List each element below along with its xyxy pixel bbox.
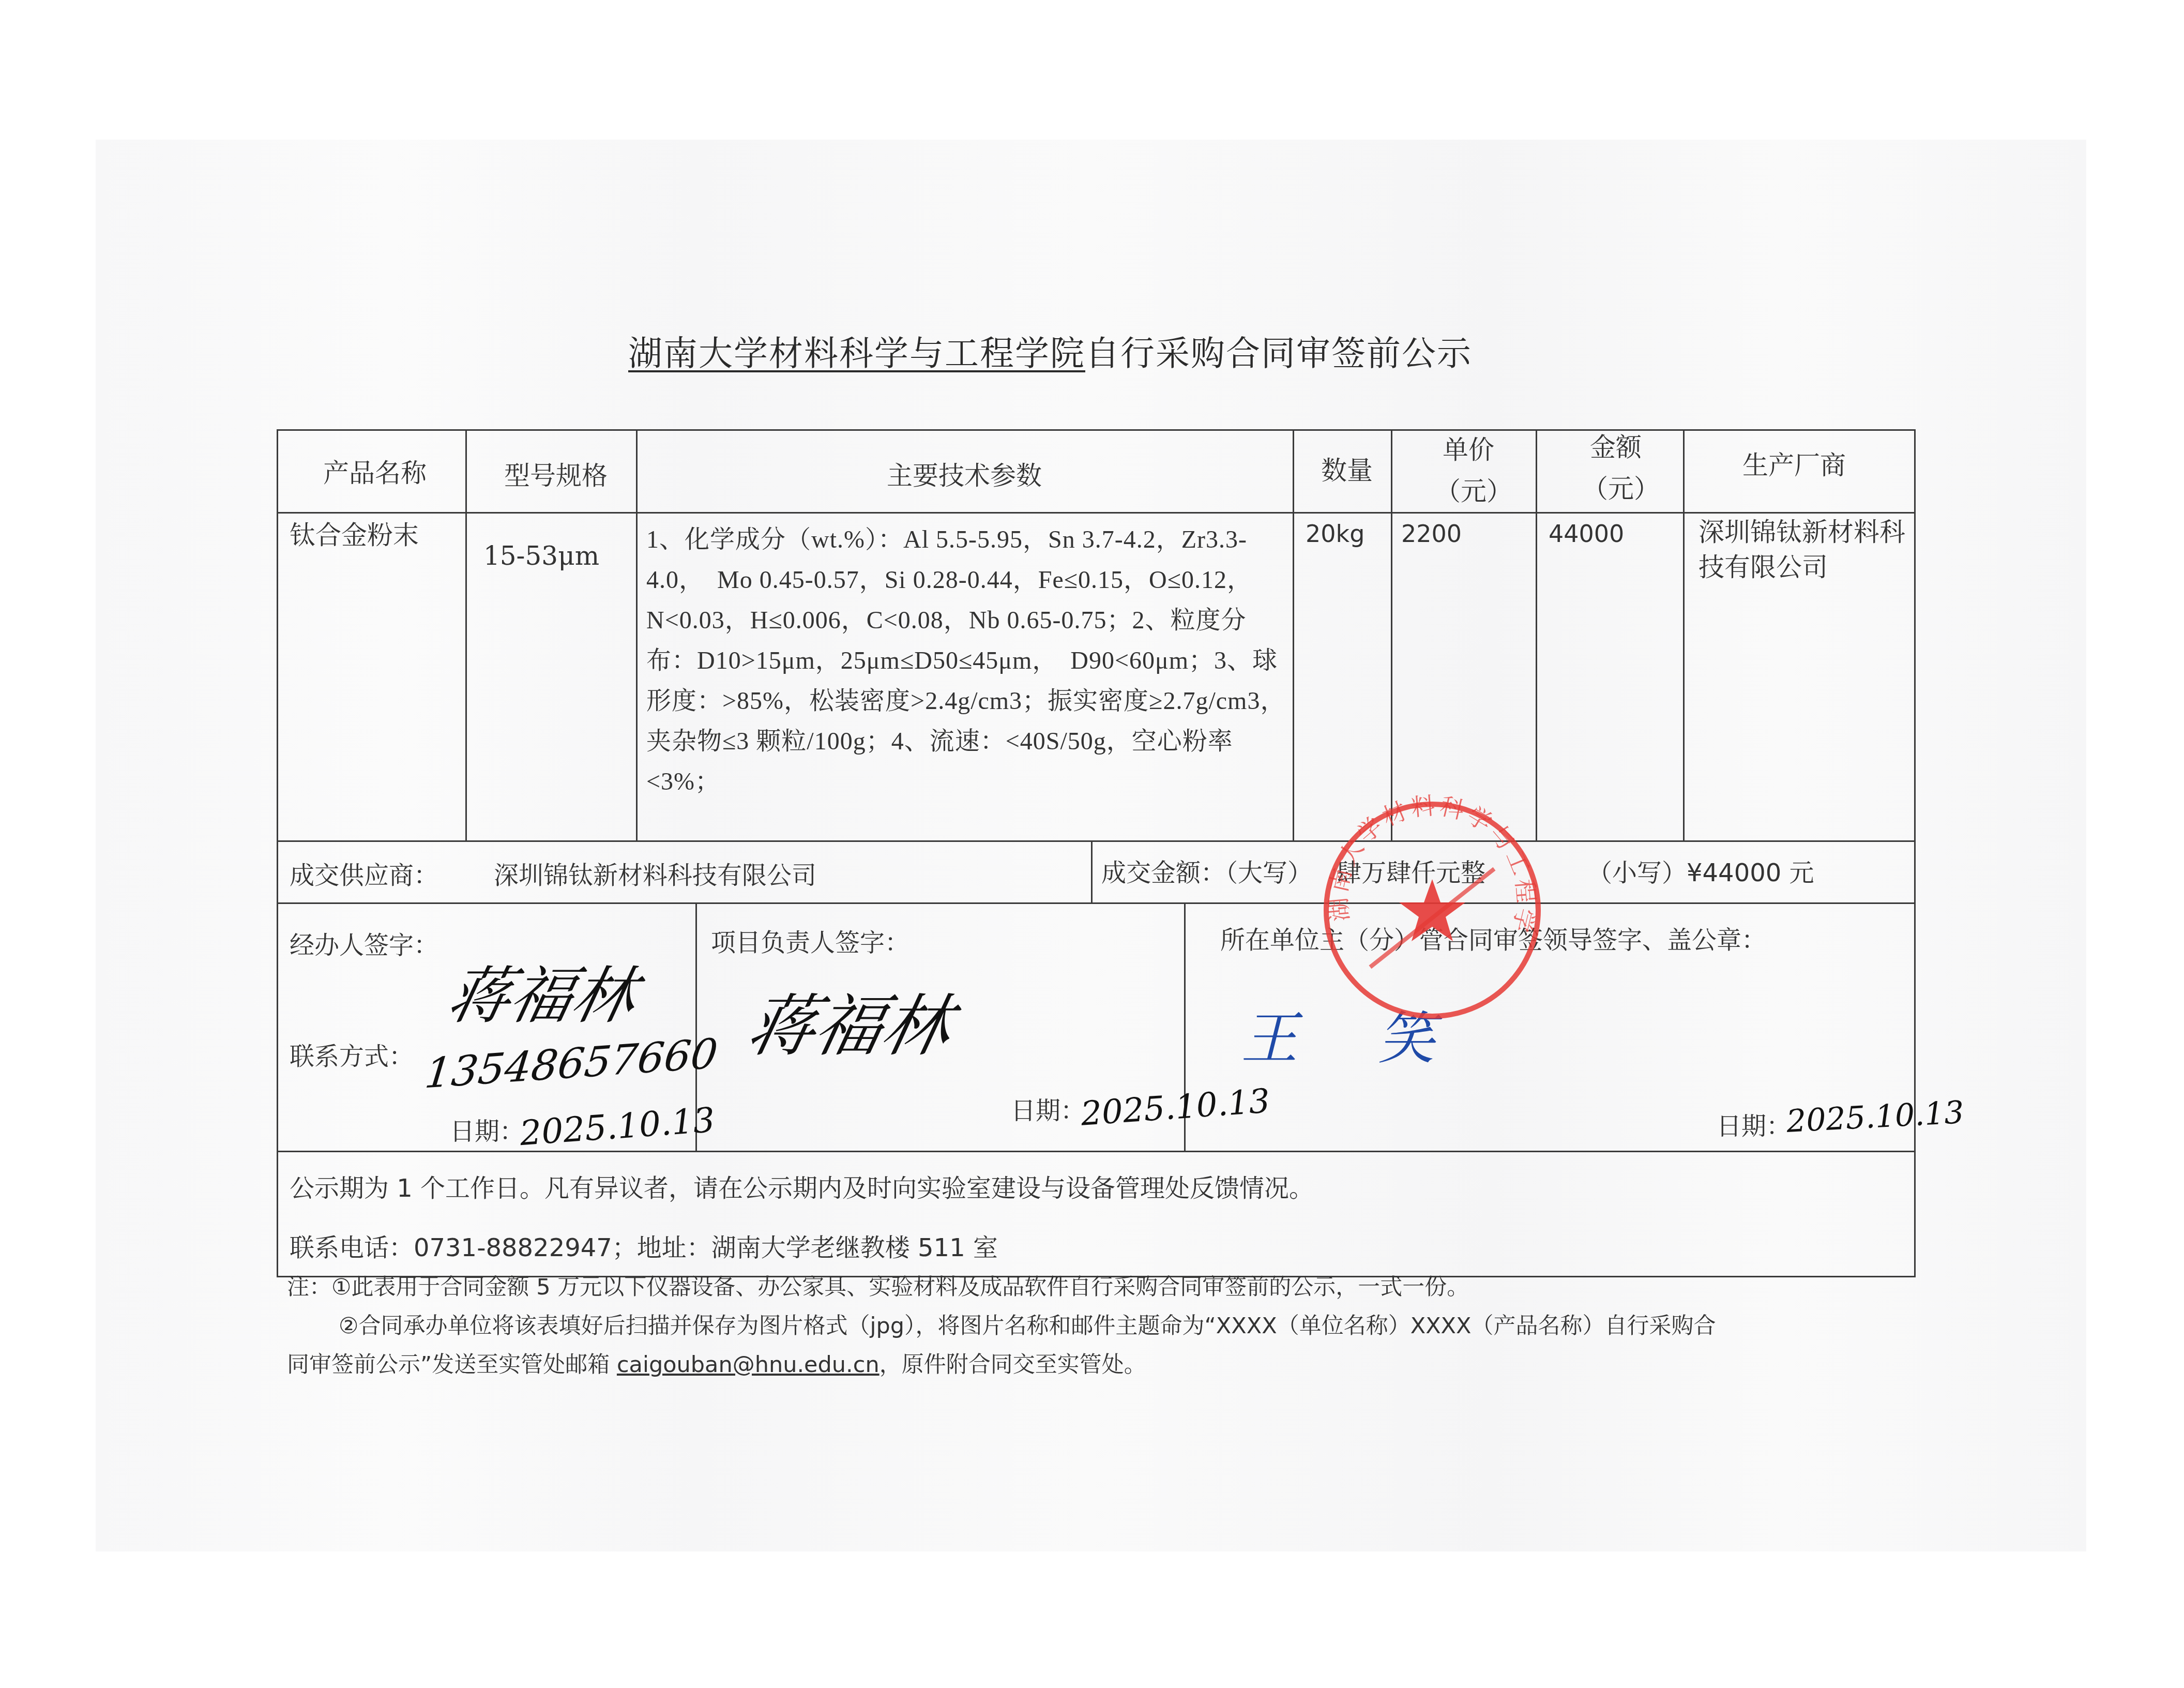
deal-amount-lower-unit: 元 (1789, 858, 1814, 887)
divider (1091, 840, 1093, 902)
header-unit-price: 单价 (1443, 434, 1494, 465)
divider (1536, 429, 1537, 840)
header-tech-params: 主要技术参数 (887, 460, 1042, 491)
divider (1683, 429, 1685, 840)
notice-period: 公示期为 1 个工作日。凡有异议者，请在公示期内及时向实验室建设与设备管理处反馈… (290, 1174, 1314, 1204)
footnote-3-pre: 同审签前公示”发送至实管处邮箱 (287, 1352, 617, 1378)
header-quantity: 数量 (1321, 455, 1373, 486)
supplier-label: 成交供应商： (290, 861, 438, 891)
header-amount-unit: （元） (1582, 473, 1660, 504)
cell-product-name: 钛合金粉末 (290, 520, 419, 551)
title-institution: 湖南大学材料科学与工程学院 (628, 334, 1085, 373)
cell-manufacturer: 深圳锦钛新材料科技有限公司 (1698, 515, 1913, 585)
header-amount: 金额 (1590, 432, 1642, 463)
deal-amount-label: 成交金额：（大写） (1101, 858, 1312, 888)
leader-label: 所在单位主（分）管合同审签领导签字、盖公章： (1220, 926, 1766, 956)
footnote-1: 注：①此表用于合同金额 5 万元以下仪器设备、办公家具、实验材料及成品软件自行采… (287, 1270, 1469, 1301)
header-model-spec: 型号规格 (504, 460, 608, 491)
header-unit-price-unit: （元） (1435, 476, 1512, 507)
title-rest: 自行采购合同审签前公示 (1085, 334, 1472, 373)
deal-amount-lower-label: （小写）¥ (1587, 858, 1703, 887)
header-manufacturer: 生产厂商 (1742, 450, 1846, 481)
cell-model-spec: 15-53μm (483, 540, 599, 571)
cell-quantity: 20kg (1306, 520, 1364, 548)
pm-date-label: 日期： (1011, 1096, 1085, 1126)
page-title: 湖南大学材料科学与工程学院自行采购合同审签前公示 (628, 326, 1472, 375)
pm-label: 项目负责人签字： (711, 928, 909, 958)
handler-date-label: 日期： (450, 1117, 524, 1147)
divider (636, 429, 638, 840)
divider (277, 512, 1916, 514)
handler-signature: 蒋福林 (441, 946, 646, 1035)
cell-amount: 44000 (1549, 520, 1624, 548)
divider (1391, 429, 1392, 840)
pm-signature: 蒋福林 (739, 972, 962, 1069)
leader-date-label: 日期： (1717, 1112, 1791, 1142)
email-link[interactable]: caigouban@hnu.edu.cn (617, 1352, 879, 1378)
divider (465, 429, 467, 840)
contact-label: 联系方式： (290, 1042, 414, 1072)
deal-amount-lower: （小写）¥44000 元 (1587, 858, 1814, 888)
deal-amount-upper: 肆万肆仟元整 (1337, 858, 1485, 888)
handler-label: 经办人签字： (290, 931, 438, 961)
footnote-2: ②合同承办单位将该表填好后扫描并保存为图片格式（jpg），将图片名称和邮件主题命… (339, 1308, 1716, 1340)
cell-unit-price: 2200 (1401, 520, 1462, 548)
cell-tech-params: 1、化学成分（wt.%）：Al 5.5-5.95，Sn 3.7-4.2，Zr3.… (646, 520, 1287, 802)
supplier-value: 深圳锦钛新材料科技有限公司 (494, 861, 816, 891)
header-product-name: 产品名称 (323, 458, 427, 489)
divider (277, 902, 1916, 904)
deal-amount-lower-value: 44000 (1703, 858, 1782, 887)
footnote-3: 同审签前公示”发送至实管处邮箱 caigouban@hnu.edu.cn，原件附… (287, 1347, 1146, 1379)
divider (1293, 429, 1294, 840)
notice-contact: 联系电话：0731-88822947；地址：湖南大学老继教楼 511 室 (290, 1233, 998, 1263)
footnote-3-post: ，原件附合同交至实管处。 (879, 1352, 1146, 1378)
leader-signature: 王 笑 (1241, 993, 1466, 1075)
divider (277, 840, 1916, 842)
